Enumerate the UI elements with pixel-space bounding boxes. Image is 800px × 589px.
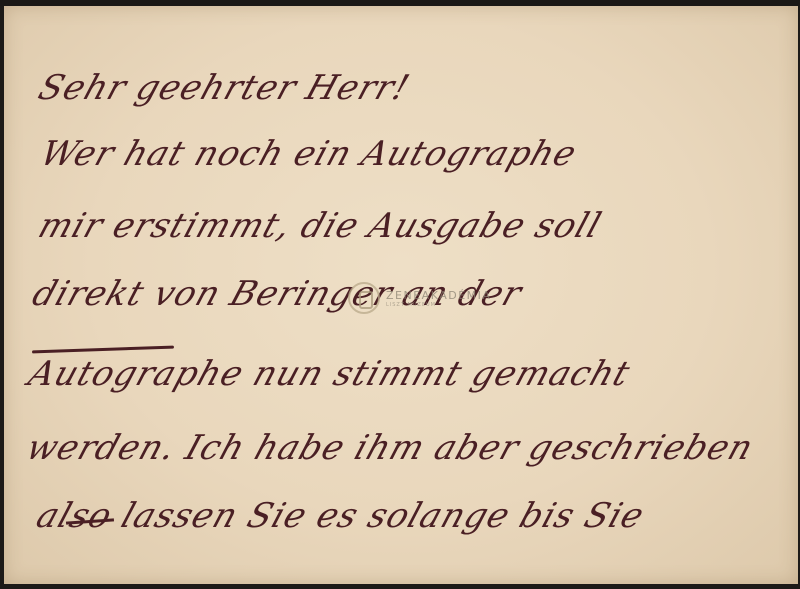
- letter-line: werden. Ich habe ihm aber geschrieben: [22, 428, 759, 468]
- zeneakademia-logo-icon: [348, 282, 380, 314]
- underline-mark: [32, 346, 174, 354]
- letter-line-salutation: Sehr geehrter Herr!: [34, 68, 415, 108]
- letter-line: Wer hat noch ein Autographe: [36, 134, 582, 174]
- letter-line: mir erstimmt, die Ausgabe soll: [34, 206, 607, 246]
- watermark: ZENEAKADÉMIA LISZT MÚZEUM: [348, 282, 491, 314]
- letter-line: Autographe nun stimmt gemacht: [24, 354, 636, 394]
- watermark-subtitle: LISZT MÚZEUM: [386, 302, 491, 308]
- letter-page: Sehr geehrter Herr! Wer hat noch ein Aut…: [4, 6, 798, 584]
- watermark-title: ZENEAKADÉMIA: [386, 289, 491, 302]
- letter-line: also lassen Sie es solange bis Sie: [32, 496, 650, 536]
